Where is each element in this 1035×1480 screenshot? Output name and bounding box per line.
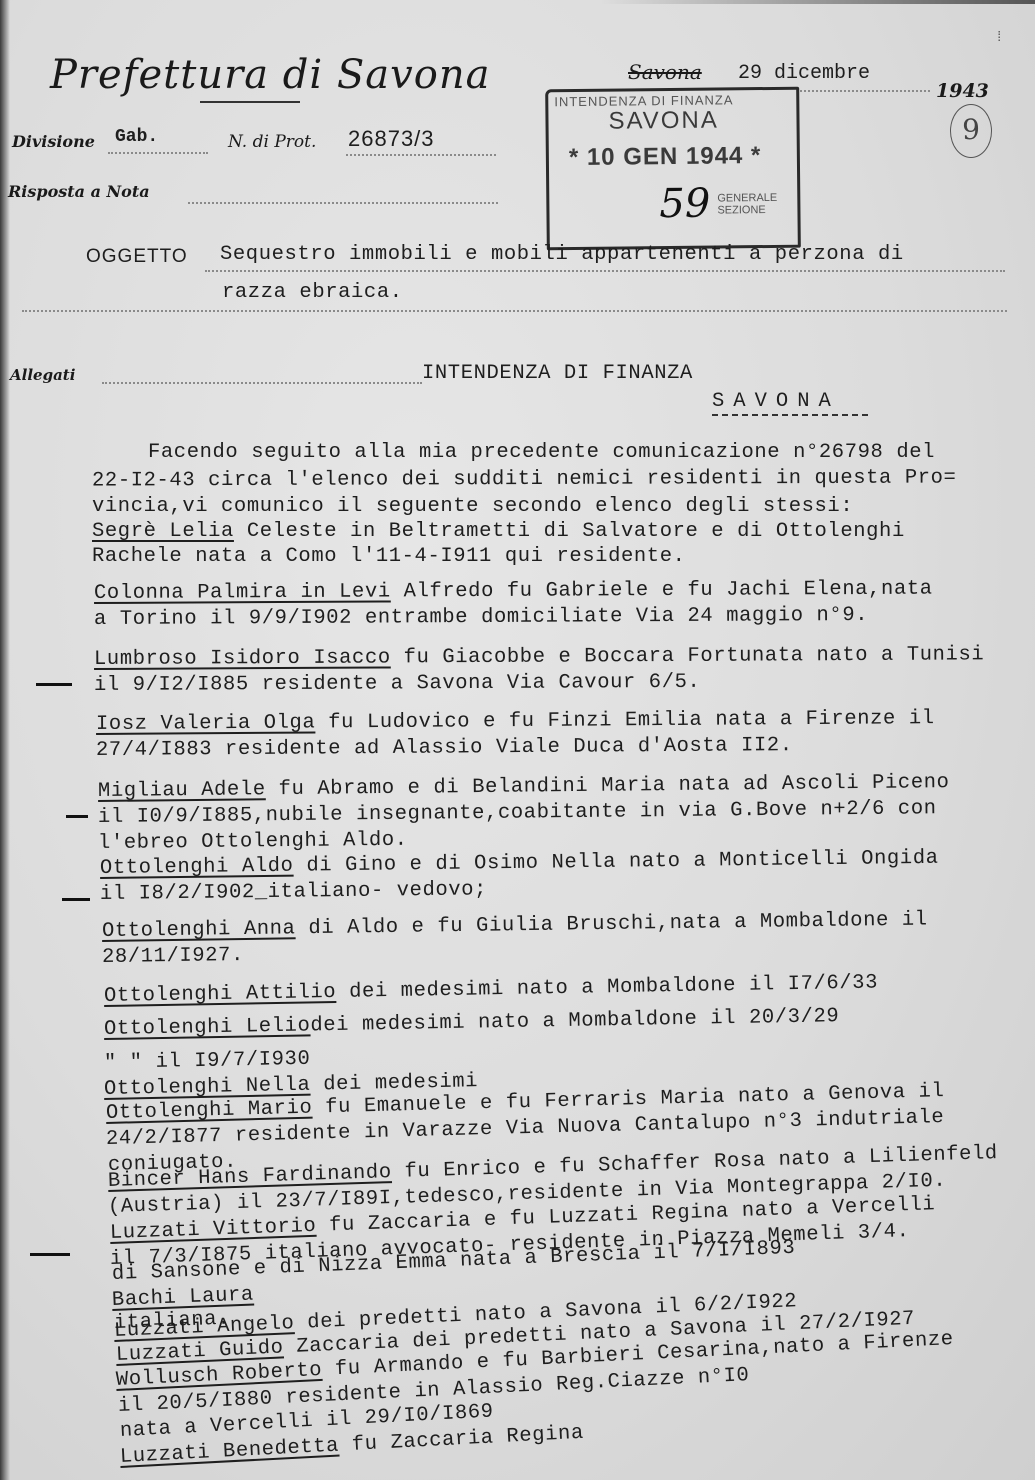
attachments-dotted-line [102, 382, 422, 384]
body-intro-line-3: vincia,vi comunico il seguente secondo e… [92, 495, 853, 518]
person-entry-line: Segrè Lelia Celeste in Beltrametti di Sa… [92, 520, 905, 543]
paper-shadow-edge [0, 0, 10, 1480]
person-entry-line: 28/11/I927. [102, 944, 244, 969]
person-entry-line: il I8/2/I902_italiano- vedovo; [100, 878, 487, 906]
letterhead-rule [200, 101, 300, 103]
margin-tick [66, 815, 88, 818]
person-name-underlined: Bachi Laura [112, 1284, 255, 1312]
margin-tick [30, 1253, 70, 1256]
subject-dotted-line-1 [205, 270, 1005, 272]
person-name-underlined: Ottolenghi Mario [106, 1097, 313, 1125]
person-entry-line: Bachi Laura [112, 1284, 255, 1312]
person-name-underlined: Colonna Palmira in Levi [94, 580, 391, 605]
addressee-line-1: INTENDENZA DI FINANZA [422, 362, 693, 385]
date-dotted-line [800, 90, 930, 92]
person-name-underlined: Segrè Lelia [92, 520, 234, 543]
addressee-underline [712, 414, 868, 416]
reply-label: Risposta a Nota [8, 182, 150, 201]
person-entry-line: Iosz Valeria Olga fu Ludovico e fu Finzi… [96, 707, 935, 736]
person-name-underlined: Ottolenghi Aldo [100, 855, 294, 880]
person-entry-line: " " il I9/7/I930 [104, 1048, 311, 1075]
person-entry-line: il 9/I2/I885 residente a Savona Via Cavo… [94, 671, 701, 697]
margin-tick [62, 898, 90, 901]
subject-line-1: Sequestro immobili e mobili appartenenti… [220, 243, 904, 266]
protocol-label: N. di Prot. [228, 132, 316, 152]
body-intro-line-2: 22-I2-43 circa l'elenco dei sudditi nemi… [92, 466, 957, 492]
letter-year: 1943 [936, 80, 989, 102]
division-value: Gab. [115, 127, 158, 147]
subject-label: OGGETTO [86, 246, 188, 268]
stamp-handwritten-number: 59 [659, 181, 710, 228]
person-entry-line: Ottolenghi Attilio dei medesimi nato a M… [104, 971, 878, 1008]
subject-dotted-line-2 [22, 310, 1007, 312]
protocol-dotted-line [346, 154, 496, 156]
person-entry-line: Rachele nata a Como l'11-4-I911 qui resi… [92, 545, 686, 568]
person-name-underlined: Ottolenghi Anna [102, 917, 296, 943]
person-name-underlined: Migliau Adele [98, 778, 266, 803]
person-entry-line: Ottolenghi Anna di Aldo e fu Giulia Brus… [102, 908, 928, 943]
stamp-date: * 10 GEN 1944 * [569, 142, 762, 172]
person-name-underlined: Luzzati Vittorio [110, 1215, 317, 1245]
person-name-underlined: Ottolenghi Lelio [104, 1014, 311, 1041]
person-entry-line: il I0/9/I885,nubile insegnante,coabitant… [98, 797, 937, 829]
person-entry-line: l'ebreo Ottolenghi Aldo. [98, 829, 408, 855]
person-entry-line: 27/4/I883 residente ad Alassio Viale Duc… [96, 734, 793, 762]
person-entry-line: Colonna Palmira in Levi Alfredo fu Gabri… [94, 578, 933, 605]
person-entry-line: Lumbroso Isidoro Isacco fu Giacobbe e Bo… [94, 643, 984, 671]
division-label: Divisione [12, 132, 95, 151]
margin-mark: ⁞ [995, 30, 1003, 46]
subject-line-2: razza ebraica. [222, 281, 403, 304]
person-entry-line: Ottolenghi Leliodei medesimi nato a Momb… [104, 1005, 840, 1041]
person-name-underlined: Ottolenghi Attilio [104, 981, 337, 1008]
body-intro-line-1: Facendo seguito alla mia precedente comu… [148, 441, 935, 464]
attachments-label: Allegati [10, 366, 75, 384]
stamp-section: GENERALE SEZIONE [717, 192, 777, 217]
place-name: Savona [628, 60, 702, 84]
reply-dotted-line [188, 202, 498, 204]
letter-date: 29 dicembre [738, 62, 870, 85]
receipt-stamp: INTENDENZA DI FINANZA SAVONA * 10 GEN 19… [545, 87, 801, 251]
person-entry-line: a Torino il 9/9/I902 entrambe domiciliat… [94, 604, 868, 631]
archive-number-circled: 9 [950, 104, 992, 158]
office-letterhead: Prefettura di Savona [50, 52, 490, 98]
stamp-city: SAVONA [608, 107, 719, 136]
division-dotted-line [108, 152, 208, 154]
paper-top-edge [600, 0, 1035, 4]
person-name-underlined: Lumbroso Isidoro Isacco [94, 646, 391, 671]
protocol-number: 26873/3 [348, 126, 435, 152]
margin-tick [36, 683, 72, 686]
addressee-line-2: SAVONA [712, 390, 840, 413]
person-name-underlined: Iosz Valeria Olga [96, 711, 315, 736]
